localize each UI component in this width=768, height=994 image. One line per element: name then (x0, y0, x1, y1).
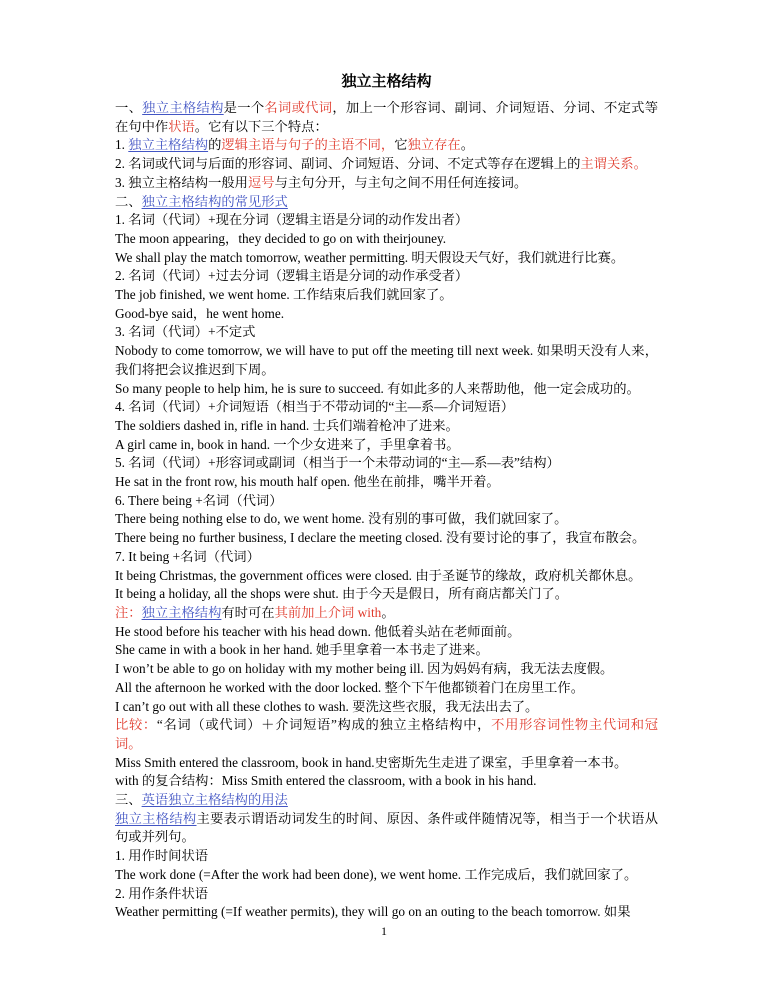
text-segment: It being a holiday, all the shops were s… (115, 586, 568, 601)
red-emphasis-text: 主谓关系。 (580, 156, 646, 171)
paragraph: 一、独立主格结构是一个名词或代词，加上一个形容词、副词、介词短语、分词、不定式等… (115, 99, 658, 136)
text-segment: He stood before his teacher with his hea… (115, 624, 520, 639)
text-segment: 3. 独立主格结构一般用 (115, 175, 248, 190)
text-segment: 3. 名词（代词）+不定式 (115, 324, 255, 339)
paragraph: 1. 用作时间状语 (115, 847, 658, 866)
text-segment: 。 (381, 605, 394, 620)
paragraph: I won’t be able to go on holiday with my… (115, 660, 658, 679)
text-segment: 有时可在 (221, 605, 274, 620)
text-segment: 6. There being +名词（代词） (115, 493, 283, 508)
text-segment: 与主句分开，与主句之间不用任何连接词。 (275, 175, 528, 190)
paragraph: 独立主格结构主要表示谓语动词发生的时间、原因、条件或伴随情况等，相当于一个状语从… (115, 810, 658, 847)
text-segment: 一、 (115, 100, 142, 115)
document-title: 独立主格结构 (115, 72, 658, 92)
paragraph: We shall play the match tomorrow, weathe… (115, 249, 658, 268)
hyperlink[interactable]: 独立主格结构 (142, 100, 224, 115)
text-segment: 2. 名词（代词）+过去分词（逻辑主语是分词的动作承受者） (115, 268, 468, 283)
page-number: 1 (0, 924, 768, 938)
paragraph: He stood before his teacher with his hea… (115, 623, 658, 642)
paragraph: There being nothing else to do, we went … (115, 510, 658, 529)
text-segment: “名词（或代词）＋介词短语”构成的独立主格结构中， (157, 717, 491, 732)
paragraph: The job finished, we went home. 工作结束后我们就… (115, 286, 658, 305)
text-segment: 它 (394, 137, 407, 152)
text-segment: Nobody to come tomorrow, we will have to… (115, 343, 658, 377)
text-segment: Miss Smith entered the classroom, book i… (115, 755, 627, 770)
paragraph: So many people to help him, he is sure t… (115, 380, 658, 399)
text-segment: The soldiers dashed in, rifle in hand. 士… (115, 418, 459, 433)
text-segment: The job finished, we went home. 工作结束后我们就… (115, 287, 453, 302)
text-segment: He sat in the front row, his mouth half … (115, 474, 500, 489)
red-emphasis-text: 注： (115, 605, 142, 620)
text-segment: 4. 名词（代词）+介词短语（相当于不带动词的“主—系—介词短语） (115, 399, 514, 414)
text-segment: The work done (=After the work had been … (115, 867, 637, 882)
text-segment: She came in with a book in her hand. 她手里… (115, 642, 489, 657)
text-segment: There being nothing else to do, we went … (115, 511, 567, 526)
paragraph: 5. 名词（代词）+形容词或副词（相当于一个未带动词的“主—系—表”结构） (115, 454, 658, 473)
paragraph: Miss Smith entered the classroom, book i… (115, 754, 658, 773)
text-segment: 5. 名词（代词）+形容词或副词（相当于一个未带动词的“主—系—表”结构） (115, 455, 560, 470)
paragraph: 三、英语独立主格结构的用法 (115, 791, 658, 810)
paragraph: The work done (=After the work had been … (115, 866, 658, 885)
text-segment: 是一个 (224, 100, 265, 115)
text-segment: 2. 用作条件状语 (115, 886, 208, 901)
hyperlink[interactable]: 独立主格结构 (142, 605, 222, 620)
paragraph: 6. There being +名词（代词） (115, 492, 658, 511)
hyperlink[interactable]: 独立主格结构 (128, 137, 208, 152)
text-segment: Weather permitting (=If weather permits)… (115, 904, 631, 919)
paragraph: A girl came in, book in hand. 一个少女进来了，手里… (115, 436, 658, 455)
text-segment: 1. 名词（代词）+现在分词（逻辑主语是分词的动作发出者） (115, 212, 468, 227)
text-segment: The moon appearing，they decided to go on… (115, 231, 446, 246)
text-segment: with 的复合结构：Miss Smith entered the classr… (115, 773, 536, 788)
paragraph: 二、独立主格结构的常见形式 (115, 193, 658, 212)
red-emphasis-text: 逗号 (248, 175, 275, 190)
text-segment: 1. (115, 137, 128, 152)
paragraph: 3. 名词（代词）+不定式 (115, 323, 658, 342)
text-segment: 。它有以下三个特点： (195, 119, 328, 134)
hyperlink[interactable]: 独立主格结构 (115, 811, 197, 826)
paragraph: 3. 独立主格结构一般用逗号与主句分开，与主句之间不用任何连接词。 (115, 174, 658, 193)
text-segment: 。 (461, 137, 474, 152)
red-emphasis-text: 名词或代词 (264, 100, 332, 115)
paragraph: There being no further business, I decla… (115, 529, 658, 548)
red-emphasis-text: 逻辑主语与句子的主语不同， (221, 137, 394, 152)
paragraph: Good-bye said，he went home. (115, 305, 658, 324)
paragraph: The soldiers dashed in, rifle in hand. 士… (115, 417, 658, 436)
paragraph: 7. It being +名词（代词） (115, 548, 658, 567)
text-segment: All the afternoon he worked with the doo… (115, 680, 584, 695)
text-segment: I won’t be able to go on holiday with my… (115, 661, 613, 676)
text-segment: 主要表示谓语动词发生的时间、原因、条件或伴随情况等，相当于一个状语从句或并列句。 (115, 811, 658, 845)
text-segment: 的 (208, 137, 221, 152)
paragraph: Nobody to come tomorrow, we will have to… (115, 342, 658, 379)
text-segment: 1. 用作时间状语 (115, 848, 208, 863)
paragraph: All the afternoon he worked with the doo… (115, 679, 658, 698)
paragraph: with 的复合结构：Miss Smith entered the classr… (115, 772, 658, 791)
paragraph: 注：独立主格结构有时可在其前加上介词 with。 (115, 604, 658, 623)
paragraph: She came in with a book in her hand. 她手里… (115, 641, 658, 660)
paragraph: It being a holiday, all the shops were s… (115, 585, 658, 604)
paragraph: 1. 名词（代词）+现在分词（逻辑主语是分词的动作发出者） (115, 211, 658, 230)
red-emphasis-text: 比较： (115, 717, 157, 732)
text-segment: 2. 名词或代词与后面的形容词、副词、介词短语、分词、不定式等存在逻辑上的 (115, 156, 580, 171)
paragraph: 2. 用作条件状语 (115, 885, 658, 904)
paragraph: 2. 名词或代词与后面的形容词、副词、介词短语、分词、不定式等存在逻辑上的主谓关… (115, 155, 658, 174)
text-segment: A girl came in, book in hand. 一个少女进来了，手里… (115, 437, 460, 452)
text-segment: Good-bye said，he went home. (115, 306, 284, 321)
text-segment: We shall play the match tomorrow, weathe… (115, 250, 624, 265)
paragraph: The moon appearing，they decided to go on… (115, 230, 658, 249)
paragraph: 比较：“名词（或代词）＋介词短语”构成的独立主格结构中，不用形容词性物主代词和冠… (115, 716, 658, 753)
red-emphasis-text: 状语 (168, 119, 195, 134)
text-segment: 7. It being +名词（代词） (115, 549, 260, 564)
paragraph: I can’t go out with all these clothes to… (115, 698, 658, 717)
paragraph: Weather permitting (=If weather permits)… (115, 903, 658, 922)
text-segment: 三、 (115, 792, 142, 807)
document-body: 一、独立主格结构是一个名词或代词，加上一个形容词、副词、介词短语、分词、不定式等… (115, 99, 658, 922)
text-segment: So many people to help him, he is sure t… (115, 381, 640, 396)
paragraph: 4. 名词（代词）+介词短语（相当于不带动词的“主—系—介词短语） (115, 398, 658, 417)
paragraph: 2. 名词（代词）+过去分词（逻辑主语是分词的动作承受者） (115, 267, 658, 286)
paragraph: It being Christmas, the government offic… (115, 567, 658, 586)
text-segment: I can’t go out with all these clothes to… (115, 699, 538, 714)
text-segment: 二、 (115, 194, 142, 209)
paragraph: He sat in the front row, his mouth half … (115, 473, 658, 492)
document-page: 独立主格结构 一、独立主格结构是一个名词或代词，加上一个形容词、副词、介词短语、… (0, 0, 768, 994)
text-segment: There being no further business, I decla… (115, 530, 645, 545)
paragraph: 1. 独立主格结构的逻辑主语与句子的主语不同，它独立存在。 (115, 136, 658, 155)
red-emphasis-text: 其前加上介词 with (275, 605, 382, 620)
text-segment: It being Christmas, the government offic… (115, 568, 641, 583)
red-emphasis-text: 独立存在 (408, 137, 461, 152)
hyperlink[interactable]: 英语独立主格结构的用法 (142, 792, 288, 807)
hyperlink[interactable]: 独立主格结构的常见形式 (142, 194, 288, 209)
